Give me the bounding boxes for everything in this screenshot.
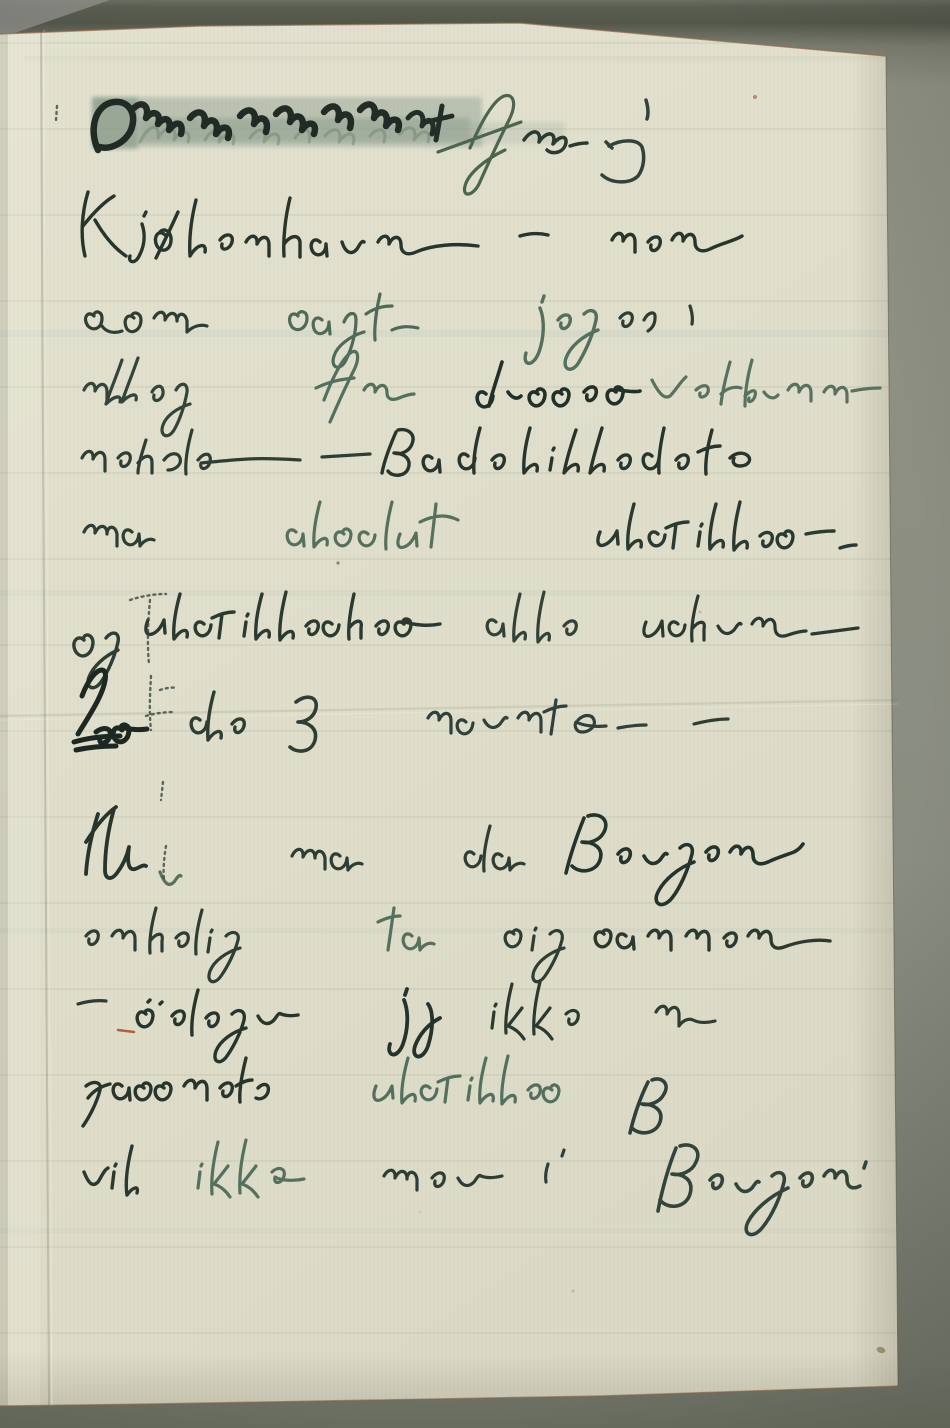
paper-sheet [0, 0, 950, 1428]
letter-photo-svg [0, 0, 950, 1428]
letter-photograph: Udstillingsfors i Kjøbenhavn – men som s… [0, 0, 950, 1428]
